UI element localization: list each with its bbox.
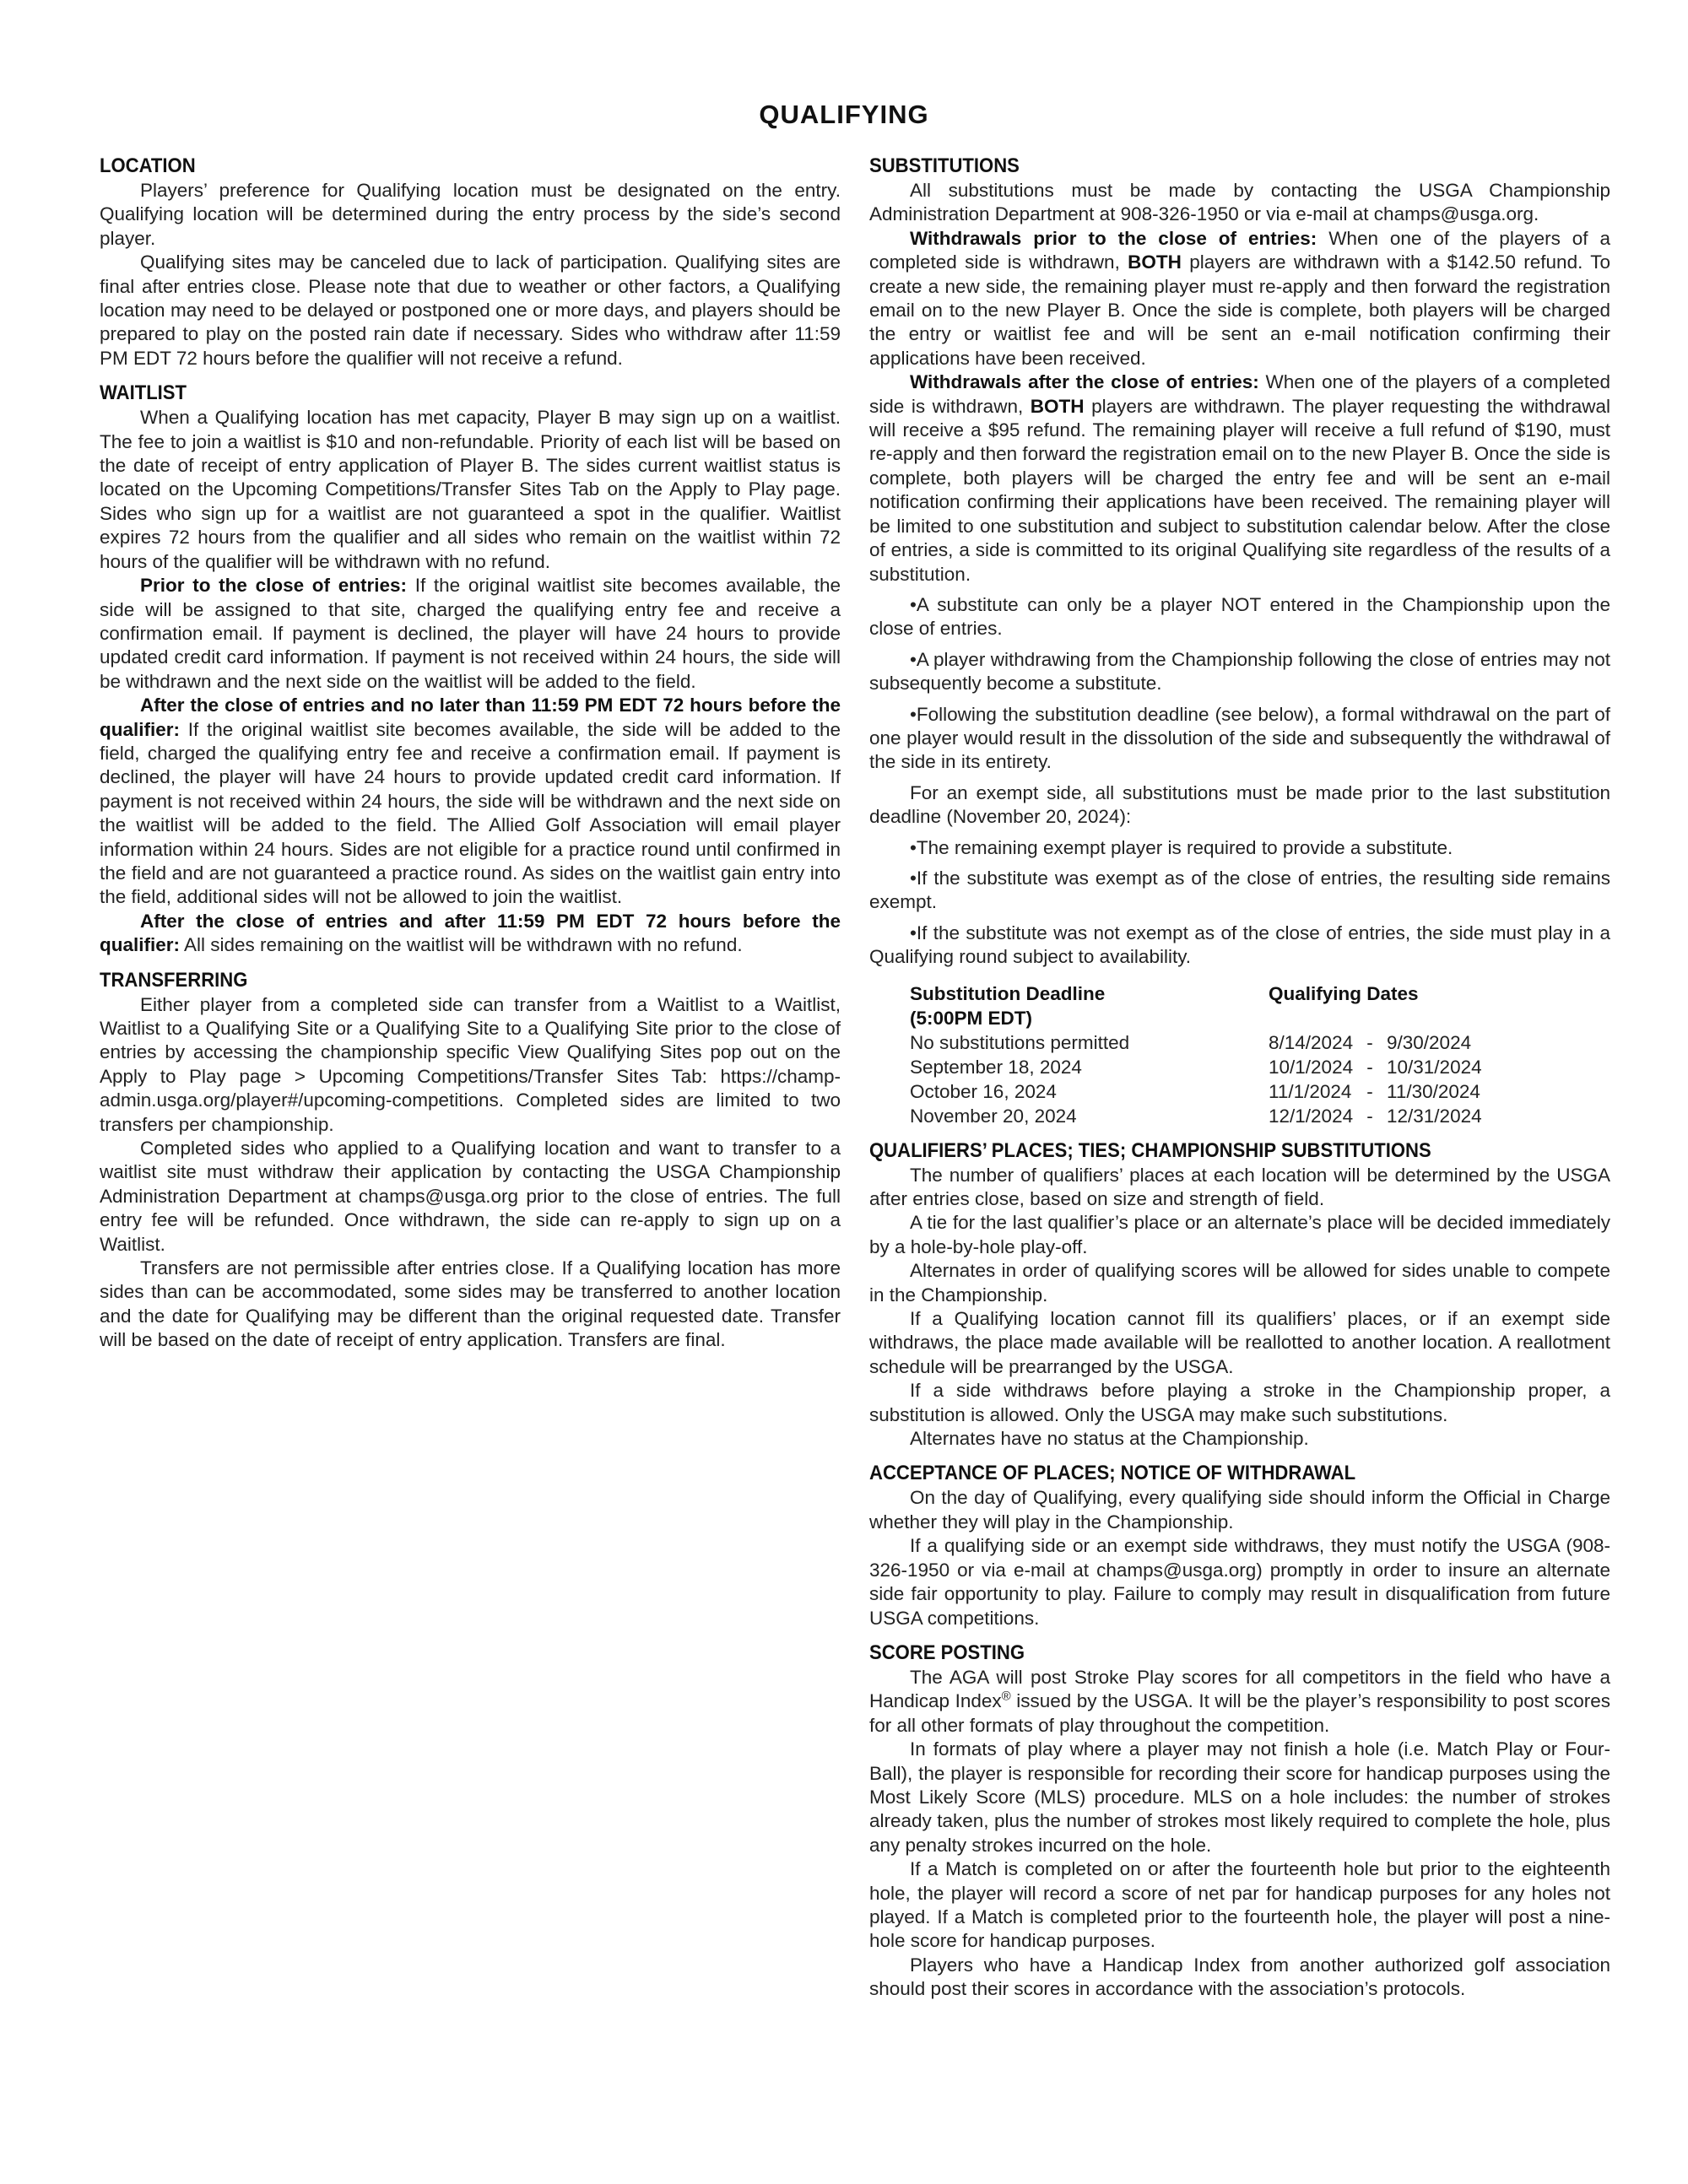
section-heading-acceptance: ACCEPTANCE OF PLACES; NOTICE OF WITHDRAW… xyxy=(869,1461,1551,1486)
deadline-cell: October 16, 2024 xyxy=(910,1079,1269,1104)
date-start: 12/1/2024 xyxy=(1269,1104,1353,1128)
paragraph: Players who have a Handicap Index from a… xyxy=(869,1954,1610,2002)
header-deadline-time: (5:00PM EDT) xyxy=(910,1006,1269,1030)
section-score-posting: SCORE POSTING The AGA will post Stroke P… xyxy=(869,1641,1610,2002)
emphasis-both: BOTH xyxy=(1128,251,1182,273)
page-title: QUALIFYING xyxy=(0,100,1688,130)
section-heading-score-posting: SCORE POSTING xyxy=(869,1641,1551,1666)
date-separator: - xyxy=(1353,1030,1387,1055)
date-end: 12/31/2024 xyxy=(1387,1104,1482,1128)
paragraph: After the close of entries and after 11:… xyxy=(100,910,841,958)
paragraph: The AGA will post Stroke Play scores for… xyxy=(869,1666,1610,1738)
section-heading-waitlist: WAITLIST xyxy=(100,381,782,406)
paragraph: In formats of play where a player may no… xyxy=(869,1738,1610,1857)
paragraph: If a Match is completed on or after the … xyxy=(869,1857,1610,1954)
table-row: November 20, 2024 12/1/2024-12/31/2024 xyxy=(910,1104,1518,1128)
paragraph: Alternates in order of qualifying scores… xyxy=(869,1259,1610,1307)
date-separator: - xyxy=(1353,1055,1387,1079)
substitution-deadline-table: Substitution Deadline Qualifying Dates (… xyxy=(910,981,1518,1128)
paragraph: Completed sides who applied to a Qualify… xyxy=(100,1137,841,1257)
paragraph: Alternates have no status at the Champio… xyxy=(869,1427,1610,1451)
date-separator: - xyxy=(1353,1104,1387,1128)
section-qualifiers-places: QUALIFIERS’ PLACES; TIES; CHAMPIONSHIP S… xyxy=(869,1138,1610,1451)
dates-cell: 12/1/2024-12/31/2024 xyxy=(1269,1104,1482,1128)
paragraph: If a Qualifying location cannot fill its… xyxy=(869,1307,1610,1379)
section-heading-qualifiers-places: QUALIFIERS’ PLACES; TIES; CHAMPIONSHIP S… xyxy=(869,1138,1551,1164)
date-end: 11/30/2024 xyxy=(1387,1079,1480,1104)
table-row: No substitutions permitted 8/14/2024-9/3… xyxy=(910,1030,1518,1055)
bullet-item: •A player withdrawing from the Champions… xyxy=(869,648,1610,696)
section-heading-substitutions: SUBSTITUTIONS xyxy=(869,154,1551,179)
paragraph: Withdrawals after the close of entries: … xyxy=(869,370,1610,587)
section-substitutions: SUBSTITUTIONS All substitutions must be … xyxy=(869,154,1610,1128)
date-end: 10/31/2024 xyxy=(1387,1055,1482,1079)
paragraph: A tie for the last qualifier’s place or … xyxy=(869,1211,1610,1259)
emphasis-both: BOTH xyxy=(1031,396,1085,417)
section-location: LOCATION Players’ preference for Qualify… xyxy=(100,154,841,370)
section-heading-location: LOCATION xyxy=(100,154,782,179)
paragraph: If a qualifying side or an exempt side w… xyxy=(869,1534,1610,1630)
paragraph: Players’ preference for Qualifying locat… xyxy=(100,179,841,251)
paragraph: Qualifying sites may be canceled due to … xyxy=(100,251,841,370)
date-end: 9/30/2024 xyxy=(1387,1030,1471,1055)
dates-cell: 10/1/2024-10/31/2024 xyxy=(1269,1055,1482,1079)
paragraph: The number of qualifiers’ places at each… xyxy=(869,1164,1610,1212)
section-transferring: TRANSFERRING Either player from a comple… xyxy=(100,968,841,1353)
paragraph: Prior to the close of entries: If the or… xyxy=(100,574,841,694)
paragraph: All substitutions must be made by contac… xyxy=(869,179,1610,227)
registered-mark: ® xyxy=(1002,1689,1011,1704)
dates-cell: 11/1/2024-11/30/2024 xyxy=(1269,1079,1480,1104)
bullet-item: •Following the substitution deadline (se… xyxy=(869,703,1610,775)
paragraph: When a Qualifying location has met capac… xyxy=(100,406,841,574)
paragraph-text: All sides remaining on the waitlist will… xyxy=(180,934,743,955)
date-separator: - xyxy=(1353,1079,1387,1104)
paragraph: Either player from a completed side can … xyxy=(100,993,841,1137)
table-header-row: Substitution Deadline Qualifying Dates xyxy=(910,981,1518,1006)
deadline-cell: November 20, 2024 xyxy=(910,1104,1269,1128)
paragraph: For an exempt side, all substitutions mu… xyxy=(869,781,1610,830)
paragraph: After the close of entries and no later … xyxy=(100,694,841,910)
paragraph: Withdrawals prior to the close of entrie… xyxy=(869,227,1610,370)
section-heading-transferring: TRANSFERRING xyxy=(100,968,782,993)
bullet-item: •If the substitute was exempt as of the … xyxy=(869,867,1610,915)
paragraph: If a side withdraws before playing a str… xyxy=(869,1379,1610,1427)
section-acceptance: ACCEPTANCE OF PLACES; NOTICE OF WITHDRAW… xyxy=(869,1461,1610,1630)
bullet-item: •The remaining exempt player is required… xyxy=(869,836,1610,860)
lead-withdrawals-prior: Withdrawals prior to the close of entrie… xyxy=(910,228,1317,249)
paragraph-text: players are withdrawn. The player reques… xyxy=(869,396,1610,585)
bullet-item: •If the substitute was not exempt as of … xyxy=(869,922,1610,970)
table-header-subrow: (5:00PM EDT) xyxy=(910,1006,1518,1030)
table-row: October 16, 2024 11/1/2024-11/30/2024 xyxy=(910,1079,1518,1104)
bullet-item: •A substitute can only be a player NOT e… xyxy=(869,593,1610,641)
deadline-cell: September 18, 2024 xyxy=(910,1055,1269,1079)
header-qualifying-dates: Qualifying Dates xyxy=(1269,981,1419,1006)
date-start: 11/1/2024 xyxy=(1269,1079,1353,1104)
header-substitution-deadline: Substitution Deadline xyxy=(910,981,1269,1006)
paragraph: Transfers are not permissible after entr… xyxy=(100,1257,841,1353)
left-column: LOCATION Players’ preference for Qualify… xyxy=(100,154,841,1363)
deadline-cell: No substitutions permitted xyxy=(910,1030,1269,1055)
lead-prior-close: Prior to the close of entries: xyxy=(140,575,407,596)
paragraph-text: If the original waitlist site becomes av… xyxy=(100,719,841,908)
paragraph: On the day of Qualifying, every qualifyi… xyxy=(869,1486,1610,1534)
section-waitlist: WAITLIST When a Qualifying location has … xyxy=(100,381,841,957)
lead-withdrawals-after: Withdrawals after the close of entries: xyxy=(910,371,1259,392)
table-row: September 18, 2024 10/1/2024-10/31/2024 xyxy=(910,1055,1518,1079)
date-start: 10/1/2024 xyxy=(1269,1055,1353,1079)
date-start: 8/14/2024 xyxy=(1269,1030,1353,1055)
right-column: SUBSTITUTIONS All substitutions must be … xyxy=(869,154,1610,2012)
dates-cell: 8/14/2024-9/30/2024 xyxy=(1269,1030,1471,1055)
